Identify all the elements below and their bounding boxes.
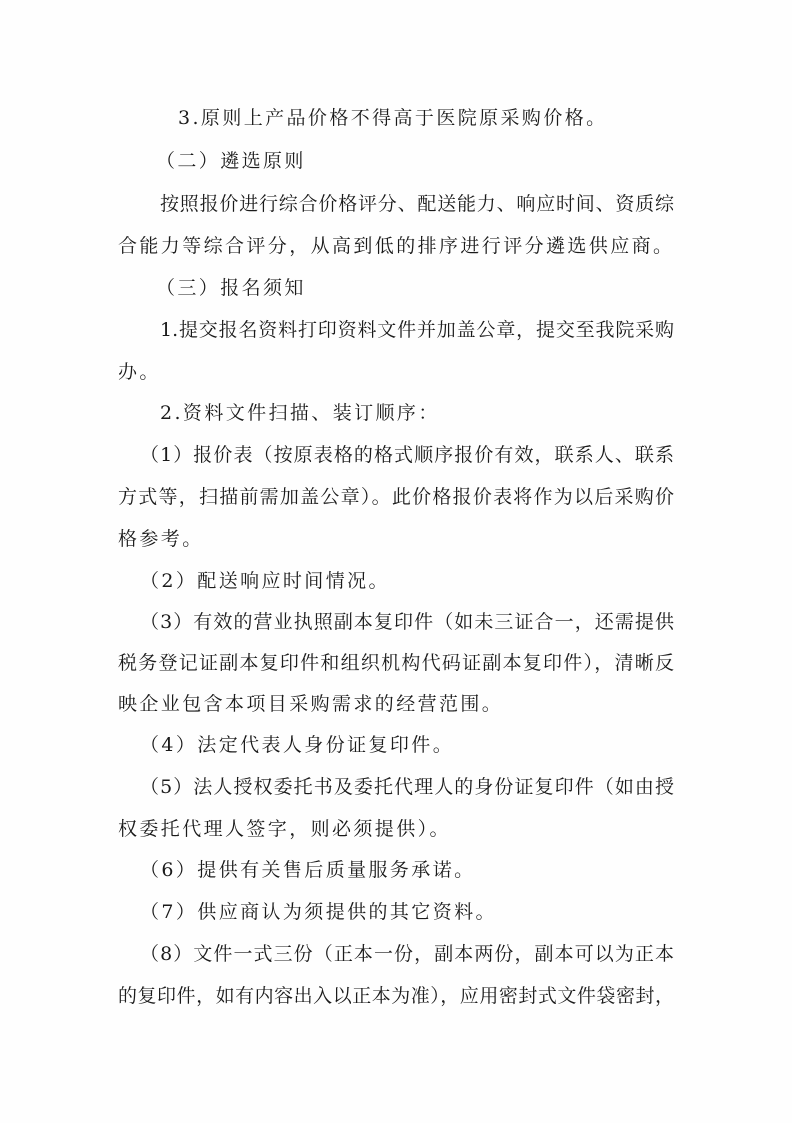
list-item-line: 方式等，扫描前需加盖公章）。此价格报价表将作为以后采购价 — [118, 485, 674, 509]
list-item-line: （1）报价表（按原表格的格式顺序报价有效，联系人、联系 — [140, 443, 674, 467]
list-item-line: （3）有效的营业执照副本复印件（如未三证合一，还需提供 — [140, 610, 674, 634]
list-item-line: 映企业包含本项目采购需求的经营范围。 — [118, 692, 674, 716]
paragraph-line: 2.资料文件扫描、装订顺序： — [160, 401, 674, 425]
list-item-line: （8）文件一式三份（正本一份，副本两份，副本可以为正本 — [140, 942, 674, 966]
section-heading-selection-principle: （二）遴选原则 — [156, 149, 674, 173]
paragraph-line: 按照报价进行综合价格评分、配送能力、响应时间、资质综 — [160, 192, 674, 216]
list-item-line: （5）法人授权委托书及委托代理人的身份证复印件（如由授 — [140, 775, 674, 799]
list-item-line: 税务登记证副本复印件和组织机构代码证副本复印件），清晰反 — [118, 651, 674, 675]
list-item-line: （6）提供有关售后质量服务承诺。 — [140, 858, 674, 882]
paragraph-line: 合能力等综合评分，从高到低的排序进行评分遴选供应商。 — [118, 234, 674, 258]
paragraph-line: 办。 — [118, 360, 674, 384]
list-item-line: （7）供应商认为须提供的其它资料。 — [140, 900, 674, 924]
principle-price-line: 3.原则上产品价格不得高于医院原采购价格。 — [178, 106, 674, 130]
document-page: 3.原则上产品价格不得高于医院原采购价格。 （二）遴选原则 按照报价进行综合价格… — [0, 0, 792, 1123]
section-heading-registration-notice: （三）报名须知 — [156, 276, 674, 300]
list-item-line: 的复印件，如有内容出入以正本为准），应用密封式文件袋密封， — [118, 984, 674, 1008]
paragraph-line: 1.提交报名资料打印资料文件并加盖公章，提交至我院采购 — [160, 318, 674, 342]
list-item-line: 格参考。 — [118, 527, 674, 551]
list-item-line: （4）法定代表人身份证复印件。 — [140, 733, 674, 757]
list-item-line: （2）配送响应时间情况。 — [140, 569, 674, 593]
list-item-line: 权委托代理人签字，则必须提供）。 — [118, 817, 674, 841]
